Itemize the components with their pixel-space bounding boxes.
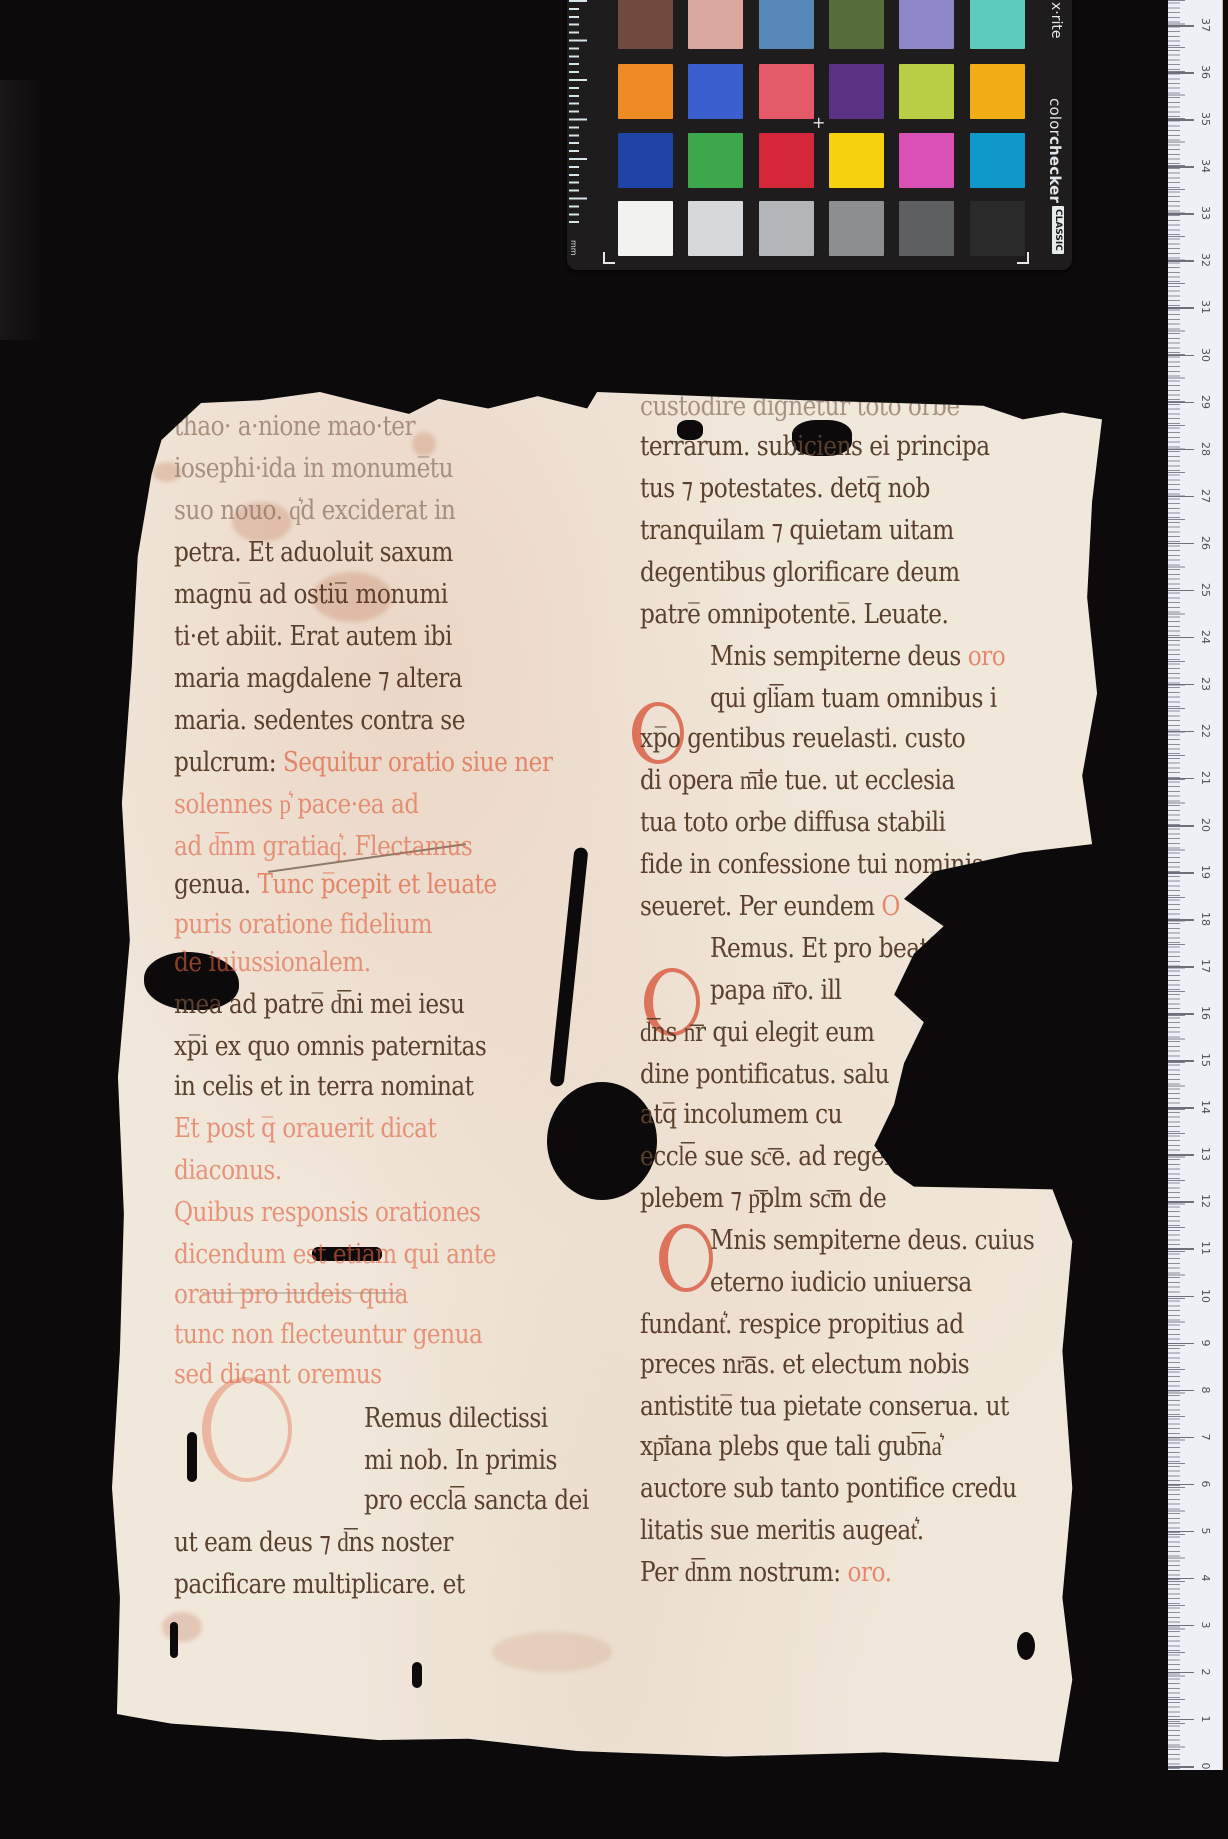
ruler-cm-tick	[1168, 449, 1194, 451]
ruler-cm-tick	[1168, 966, 1194, 968]
line-text: degentibus glorificare deum	[640, 557, 960, 588]
line-text: diaconus.	[174, 1155, 282, 1186]
color-patch: #5a3283	[829, 64, 884, 119]
brand-label: x·rite	[1048, 2, 1064, 38]
ruler-cm-label: 27	[1199, 486, 1211, 506]
ruler-cm-label: 12	[1199, 1191, 1211, 1211]
manuscript-line: fide in confessione tui nominis	[640, 850, 983, 880]
line-text: petra. Et aduoluit saxum	[174, 537, 453, 568]
checker-mm-scale-major	[569, 0, 587, 228]
line-text: auctore sub tanto pontifice credu	[640, 1473, 1017, 1504]
ruler-cm-label: 17	[1199, 956, 1211, 976]
color-patch: #2a2a2b	[970, 201, 1025, 256]
line-text: patre̅ omnipotente̅. Leuate.	[640, 599, 948, 630]
ruler-cm-tick	[1168, 1248, 1194, 1250]
line-text: Mnis sempiterne deus. cuius	[710, 1225, 1034, 1256]
color-patch: #1f43a7	[618, 133, 673, 188]
ruler-cm-label: 24	[1199, 627, 1211, 647]
line-text: magnu̅ ad ostiu̅ monumi	[174, 579, 448, 610]
manuscript-line: xp̅o gentibus reuelasti. custo	[640, 724, 965, 754]
ruler-cm-label: 8	[1199, 1380, 1211, 1400]
line-text: Quibus responsis orationes	[174, 1197, 481, 1228]
manuscript-line: Mnis sempiterne deus. cuius	[710, 1226, 1034, 1256]
line-text: d͞ns n͞r qui elegit eum	[640, 1017, 874, 1048]
manuscript-line: pacificare multiplicare. et	[174, 1570, 465, 1600]
line-text: qui gl͞iam tuam omnibus i	[710, 683, 997, 714]
ruler-cm-label: 1	[1199, 1709, 1211, 1729]
line-text: thao· a·nione mao·ter	[174, 411, 415, 442]
line-text: oraui pro iudeis quia	[174, 1279, 408, 1310]
color-patch: #0f98c9	[970, 133, 1025, 188]
color-patch: #5d5f61	[899, 201, 954, 256]
manuscript-line: oraui pro iudeis quia	[174, 1280, 408, 1310]
manuscript-line: di opera m͞ie tue. ut ecclesia	[640, 766, 955, 796]
ruler-cm-tick	[1168, 543, 1194, 545]
manuscript-line: terrarum. subiciens ei principa	[640, 432, 990, 462]
manuscript-line: d͞ns n͞r qui elegit eum	[640, 1018, 874, 1048]
product-label-bold: checker	[1046, 136, 1064, 203]
manuscript-line: Per d͞nm nostrum: oro.	[640, 1558, 891, 1588]
ruler-cm-tick	[1168, 496, 1194, 498]
line-text: xp̅o gentibus reuelasti. custo	[640, 723, 965, 754]
ruler-cm-label: 32	[1199, 250, 1211, 270]
edition-badge: CLASSIC	[1052, 206, 1064, 254]
line-text: dicendum est etiam qui ante	[174, 1239, 496, 1270]
manuscript-line: Et post q̅ orauerit dicat	[174, 1114, 436, 1144]
line-text: custodire dignetur toto orbe	[640, 391, 960, 422]
manuscript-line: eccl͞e sue sc͞e. ad regen	[640, 1142, 899, 1172]
ruler-cm-tick	[1168, 355, 1194, 357]
ruler-cm-tick	[1168, 1296, 1194, 1298]
ruler-cm-label: 5	[1199, 1521, 1211, 1541]
ruler-cm-tick	[1168, 119, 1194, 121]
line-text: suo nouo. q͛d exciderat in	[174, 495, 455, 526]
ruler-half-cm-ticks	[1168, 0, 1185, 1770]
line-text: atq̅ incolumem cu	[640, 1099, 842, 1130]
line-text: Remus. Et pro beatis	[710, 933, 947, 964]
ruler-cm-label: 36	[1199, 62, 1211, 82]
ruler-cm-label: 11	[1199, 1238, 1211, 1258]
ruler-cm-label: 18	[1199, 909, 1211, 929]
rubric-text: O	[875, 891, 900, 922]
line-text: Remus dilectissi	[364, 1403, 548, 1434]
color-patch: #bacf45	[899, 64, 954, 119]
color-patch: #f6d20e	[829, 133, 884, 188]
ruler-cm-tick	[1168, 1484, 1194, 1486]
rubric-text: oro.	[841, 1557, 892, 1588]
manuscript-line: petra. Et aduoluit saxum	[174, 538, 453, 568]
manuscript-line: pulcrum: Sequitur oratio siue ner	[174, 748, 552, 778]
ruler-cm-label: 35	[1199, 109, 1211, 129]
manuscript-line: Remus. Et pro beatis	[710, 934, 947, 964]
line-text: eccl͞e sue sc͞e. ad regen	[640, 1141, 899, 1172]
ruler-cm-label: 14	[1199, 1097, 1211, 1117]
manuscript-line: thao· a·nione mao·ter	[174, 412, 415, 442]
manuscript-line: patre̅ omnipotente̅. Leuate.	[640, 600, 948, 630]
ruler-cm-tick	[1168, 590, 1194, 592]
line-text: Mnis sempiterne deus	[710, 641, 961, 672]
manuscript-line: tunc non flecteuntur genua	[174, 1320, 482, 1350]
color-patch: #f1ac16	[970, 64, 1025, 119]
product-label: colorchecker	[1046, 98, 1064, 203]
line-text: Et post q̅ orauerit dicat	[174, 1113, 436, 1144]
manuscript-line: xp͞iana plebs que tali gub͞na͛	[640, 1432, 941, 1462]
manuscript-line: xp̅i ex quo omnis paternitas	[174, 1032, 486, 1062]
ruler-cm-label: 16	[1199, 1003, 1211, 1023]
product-label-prefix: color	[1046, 98, 1064, 136]
color-patch: #6e4a3f	[618, 0, 673, 49]
line-text: antistite̅ tua pietate conserua. ut	[640, 1391, 1009, 1422]
line-text: eterno iudicio uniuersa	[710, 1267, 972, 1298]
color-patch: #f2f2f1	[618, 201, 673, 256]
corner-mark-bottom-left	[603, 252, 615, 264]
ruler-cm-label: 0	[1199, 1756, 1211, 1776]
manuscript-line: qui gl͞iam tuam omnibus i	[710, 684, 997, 714]
ruler-cm-label: 6	[1199, 1474, 1211, 1494]
line-text: pacificare multiplicare. et	[174, 1569, 465, 1600]
manuscript-line: pro eccl͞a sancta dei	[364, 1486, 589, 1516]
ruler-cm-tick	[1168, 166, 1194, 168]
color-patch: #3aa84b	[688, 133, 743, 188]
line-text: fundant͛. respice propitius ad	[640, 1309, 964, 1340]
color-patch: #3b5fcf	[688, 64, 743, 119]
manuscript-line: suo nouo. q͛d exciderat in	[174, 496, 455, 526]
manuscript-line: papa n͞ro. ill	[710, 976, 841, 1006]
line-text: pro eccl͞a sancta dei	[364, 1485, 589, 1516]
ruler-cm-label: 29	[1199, 392, 1211, 412]
ruler-cm-tick	[1168, 684, 1194, 686]
ruler-cm-label: 13	[1199, 1144, 1211, 1164]
ruler-cm-label: 31	[1199, 297, 1211, 317]
manuscript-line: magnu̅ ad ostiu̅ monumi	[174, 580, 448, 610]
line-text: ut eam deus ⁊ d͞ns noster	[174, 1527, 453, 1558]
ruler-cm-tick	[1168, 731, 1194, 733]
ruler-cm-label: 2	[1199, 1662, 1211, 1682]
color-patch: #8c8e91	[829, 201, 884, 256]
crosshair-mark: +	[812, 115, 825, 131]
line-text: litatis sue meritis augeat͛.	[640, 1515, 924, 1546]
ruler-cm-label: 26	[1199, 533, 1211, 553]
ruler-cm-tick	[1168, 307, 1194, 309]
foxing-stain	[492, 1632, 612, 1672]
line-text: preces nr͞as. et electum nobis	[640, 1349, 969, 1380]
manuscript-line: plebem ⁊ p͞plm sc͞m de	[640, 1184, 886, 1214]
line-text: in celis et in terra nominat	[174, 1071, 473, 1102]
line-text: tus ⁊ potestates. detq̅ nob	[640, 473, 930, 504]
line-text: Per d͞nm nostrum:	[640, 1557, 841, 1588]
color-patch: #d9a79b	[688, 0, 743, 49]
ruler-cm-label: 4	[1199, 1568, 1211, 1588]
manuscript-line: antistite̅ tua pietate conserua. ut	[640, 1392, 1009, 1422]
corner-mark-bottom-right	[1017, 252, 1029, 264]
ruler-cm-tick	[1168, 872, 1194, 874]
line-text: genua.	[174, 869, 251, 900]
manuscript-line: fundant͛. respice propitius ad	[640, 1310, 964, 1340]
line-text: di opera m͞ie tue. ut ecclesia	[640, 765, 955, 796]
manuscript-line: litatis sue meritis augeat͛.	[640, 1516, 924, 1546]
line-text: solennes p͛ pace·ea ad	[174, 789, 419, 820]
ruler-cm-label: 20	[1199, 815, 1211, 835]
manuscript-line: ut eam deus ⁊ d͞ns noster	[174, 1528, 453, 1558]
line-text: papa n͞ro. ill	[710, 975, 841, 1006]
ruler-cm-tick	[1168, 1766, 1194, 1768]
parchment-hole	[187, 1432, 197, 1482]
color-patch: #e55a68	[759, 64, 814, 119]
manuscript-line: dine pontificatus. salu	[640, 1060, 889, 1090]
ruler-cm-label: 15	[1199, 1050, 1211, 1070]
ruler-cm-tick	[1168, 402, 1194, 404]
manuscript-line: puris oratione fidelium	[174, 910, 432, 940]
manuscript-line: Mnis sempiterne deus oro	[710, 642, 1005, 672]
ruler-cm-tick	[1168, 637, 1194, 639]
checker-scale-unit: mm	[569, 240, 578, 256]
color-patch: #d951b4	[899, 133, 954, 188]
ruler-cm-label: 22	[1199, 721, 1211, 741]
line-text: sed dicant oremus	[174, 1359, 382, 1390]
ruler-cm-label: 10	[1199, 1286, 1211, 1306]
manuscript-line: ti·et abiit. Erat autem ibi	[174, 622, 452, 652]
ruler-cm-tick	[1168, 1343, 1194, 1345]
ruler-cm-label: 25	[1199, 580, 1211, 600]
line-text: ti·et abiit. Erat autem ibi	[174, 621, 452, 652]
manuscript-line: maria magdalene ⁊ altera	[174, 664, 462, 694]
ruler-cm-tick	[1168, 1437, 1194, 1439]
rubric-text: Tunc p̅cepit et leuate	[251, 869, 497, 900]
manuscript-line: Quibus responsis orationes	[174, 1198, 481, 1228]
line-text: ad d͞nm gratiaq͛. Flectamus	[174, 831, 472, 862]
manuscript-line: tus ⁊ potestates. detq̅ nob	[640, 474, 930, 504]
ruler-cm-label: 9	[1199, 1333, 1211, 1353]
color-patch: #d4273a	[759, 133, 814, 188]
manuscript-line: genua. Tunc p̅cepit et leuate	[174, 870, 497, 900]
manuscript-line: tua toto orbe diffusa stabili	[640, 808, 945, 838]
color-patch: #f08a25	[618, 64, 673, 119]
ruler-cm-tick	[1168, 1107, 1194, 1109]
line-text: de iuiussionalem.	[174, 947, 371, 978]
manuscript-line: solennes p͛ pace·ea ad	[174, 790, 419, 820]
ruler-cm-label: 34	[1199, 156, 1211, 176]
ruler-cm-label: 30	[1199, 345, 1211, 365]
rubric-text: oro	[961, 641, 1005, 672]
ruler-cm-tick	[1168, 1719, 1194, 1721]
color-patch: #8d87c9	[899, 0, 954, 49]
line-text: mi nob. In primis	[364, 1445, 557, 1476]
manuscript-line: maria. sedentes contra se	[174, 706, 465, 736]
parchment-leaf: thao· a·nione mao·teriosephi·ida in monu…	[112, 392, 1102, 1762]
manuscript-line: dicendum est etiam qui ante	[174, 1240, 496, 1270]
line-text: dine pontificatus. salu	[640, 1059, 889, 1090]
ruler-cm-tick	[1168, 1672, 1194, 1674]
ruler-cm-tick	[1168, 1154, 1194, 1156]
color-patch: #b3b6b9	[759, 201, 814, 256]
ruler-cm-tick	[1168, 919, 1194, 921]
rubric-initial-o	[659, 1224, 713, 1292]
ruler-cm-label: 21	[1199, 768, 1211, 788]
ruler-cm-tick	[1168, 1578, 1194, 1580]
ruler-cm-tick	[1168, 1201, 1194, 1203]
line-text: mea ad patre̅ d͞ni mei iesu	[174, 989, 464, 1020]
manuscript-line: sed dicant oremus	[174, 1360, 382, 1390]
ruler-cm-label: 7	[1199, 1427, 1211, 1447]
manuscript-line: custodire dignetur toto orbe	[640, 392, 960, 422]
manuscript-line: diaconus.	[174, 1156, 282, 1186]
manuscript-line: preces nr͞as. et electum nobis	[640, 1350, 969, 1380]
rubric-text: Sequitur oratio siue ner	[276, 747, 552, 778]
background-glare	[0, 80, 45, 340]
rubric-initial-o	[202, 1377, 292, 1482]
color-patch: #5587b9	[759, 0, 814, 49]
ruler-cm-tick	[1168, 1390, 1194, 1392]
line-text: pulcrum:	[174, 747, 276, 778]
manuscript-line: mi nob. In primis	[364, 1446, 557, 1476]
ruler-cm-tick	[1168, 213, 1194, 215]
line-text: plebem ⁊ p͞plm sc͞m de	[640, 1183, 886, 1214]
line-text: tranquilam ⁊ quietam uitam	[640, 515, 954, 546]
line-text: iosephi·ida in monume̅tu	[174, 453, 453, 484]
parchment-hole	[170, 1622, 178, 1658]
line-text: seueret. Per eundem	[640, 891, 875, 922]
color-patch: #d6d8db	[688, 201, 743, 256]
ruler-cm-tick	[1168, 1060, 1194, 1062]
foxing-stain	[162, 1612, 202, 1642]
manuscript-line: mea ad patre̅ d͞ni mei iesu	[174, 990, 464, 1020]
ruler-cm-tick	[1168, 1013, 1194, 1015]
ruler-cm-label: 23	[1199, 674, 1211, 694]
parchment-tear	[549, 847, 588, 1087]
line-text: terrarum. subiciens ei principa	[640, 431, 990, 462]
ruler-cm-tick	[1168, 825, 1194, 827]
manuscript-line: de iuiussionalem.	[174, 948, 371, 978]
ruler-cm-label: 19	[1199, 862, 1211, 882]
manuscript-line: atq̅ incolumem cu	[640, 1100, 842, 1130]
line-text: fide in confessione tui nominis	[640, 849, 983, 880]
ruler-cm-label: 28	[1199, 439, 1211, 459]
ruler-cm-label: 37	[1199, 15, 1211, 35]
manuscript-line: Remus dilectissi	[364, 1404, 548, 1434]
ruler-cm-label: 3	[1199, 1615, 1211, 1635]
ruler-cm-label: 33	[1199, 203, 1211, 223]
ruler-cm-tick	[1168, 1531, 1194, 1533]
centimeter-ruler: 0123456789101112131415161718192021222324…	[1168, 0, 1223, 1770]
line-text: maria magdalene ⁊ altera	[174, 663, 462, 694]
manuscript-line: iosephi·ida in monume̅tu	[174, 454, 453, 484]
parchment-hole	[412, 1662, 422, 1688]
ruler-cm-tick	[1168, 778, 1194, 780]
manuscript-line: tranquilam ⁊ quietam uitam	[640, 516, 954, 546]
manuscript-line: seueret. Per eundem O	[640, 892, 900, 922]
line-text: tunc non flecteuntur genua	[174, 1319, 482, 1350]
ruler-cm-tick	[1168, 260, 1194, 262]
manuscript-line: ad d͞nm gratiaq͛. Flectamus	[174, 832, 472, 862]
manuscript-line: in celis et in terra nominat	[174, 1072, 473, 1102]
ruler-cm-tick	[1168, 1625, 1194, 1627]
line-text: xp̅i ex quo omnis paternitas	[174, 1031, 486, 1062]
color-patch: #5ecbbf	[970, 0, 1025, 49]
ruler-cm-tick	[1168, 25, 1194, 27]
line-text: puris oratione fidelium	[174, 909, 432, 940]
line-text: xp͞iana plebs que tali gub͞na͛	[640, 1431, 941, 1462]
line-text: tua toto orbe diffusa stabili	[640, 807, 945, 838]
manuscript-line: auctore sub tanto pontifice credu	[640, 1474, 1017, 1504]
color-patch: #566d3c	[829, 0, 884, 49]
manuscript-line: degentibus glorificare deum	[640, 558, 960, 588]
parchment-hole	[1017, 1632, 1035, 1660]
manuscript-line: eterno iudicio uniuersa	[710, 1268, 972, 1298]
line-text: maria. sedentes contra se	[174, 705, 465, 736]
ruler-cm-tick	[1168, 72, 1194, 74]
